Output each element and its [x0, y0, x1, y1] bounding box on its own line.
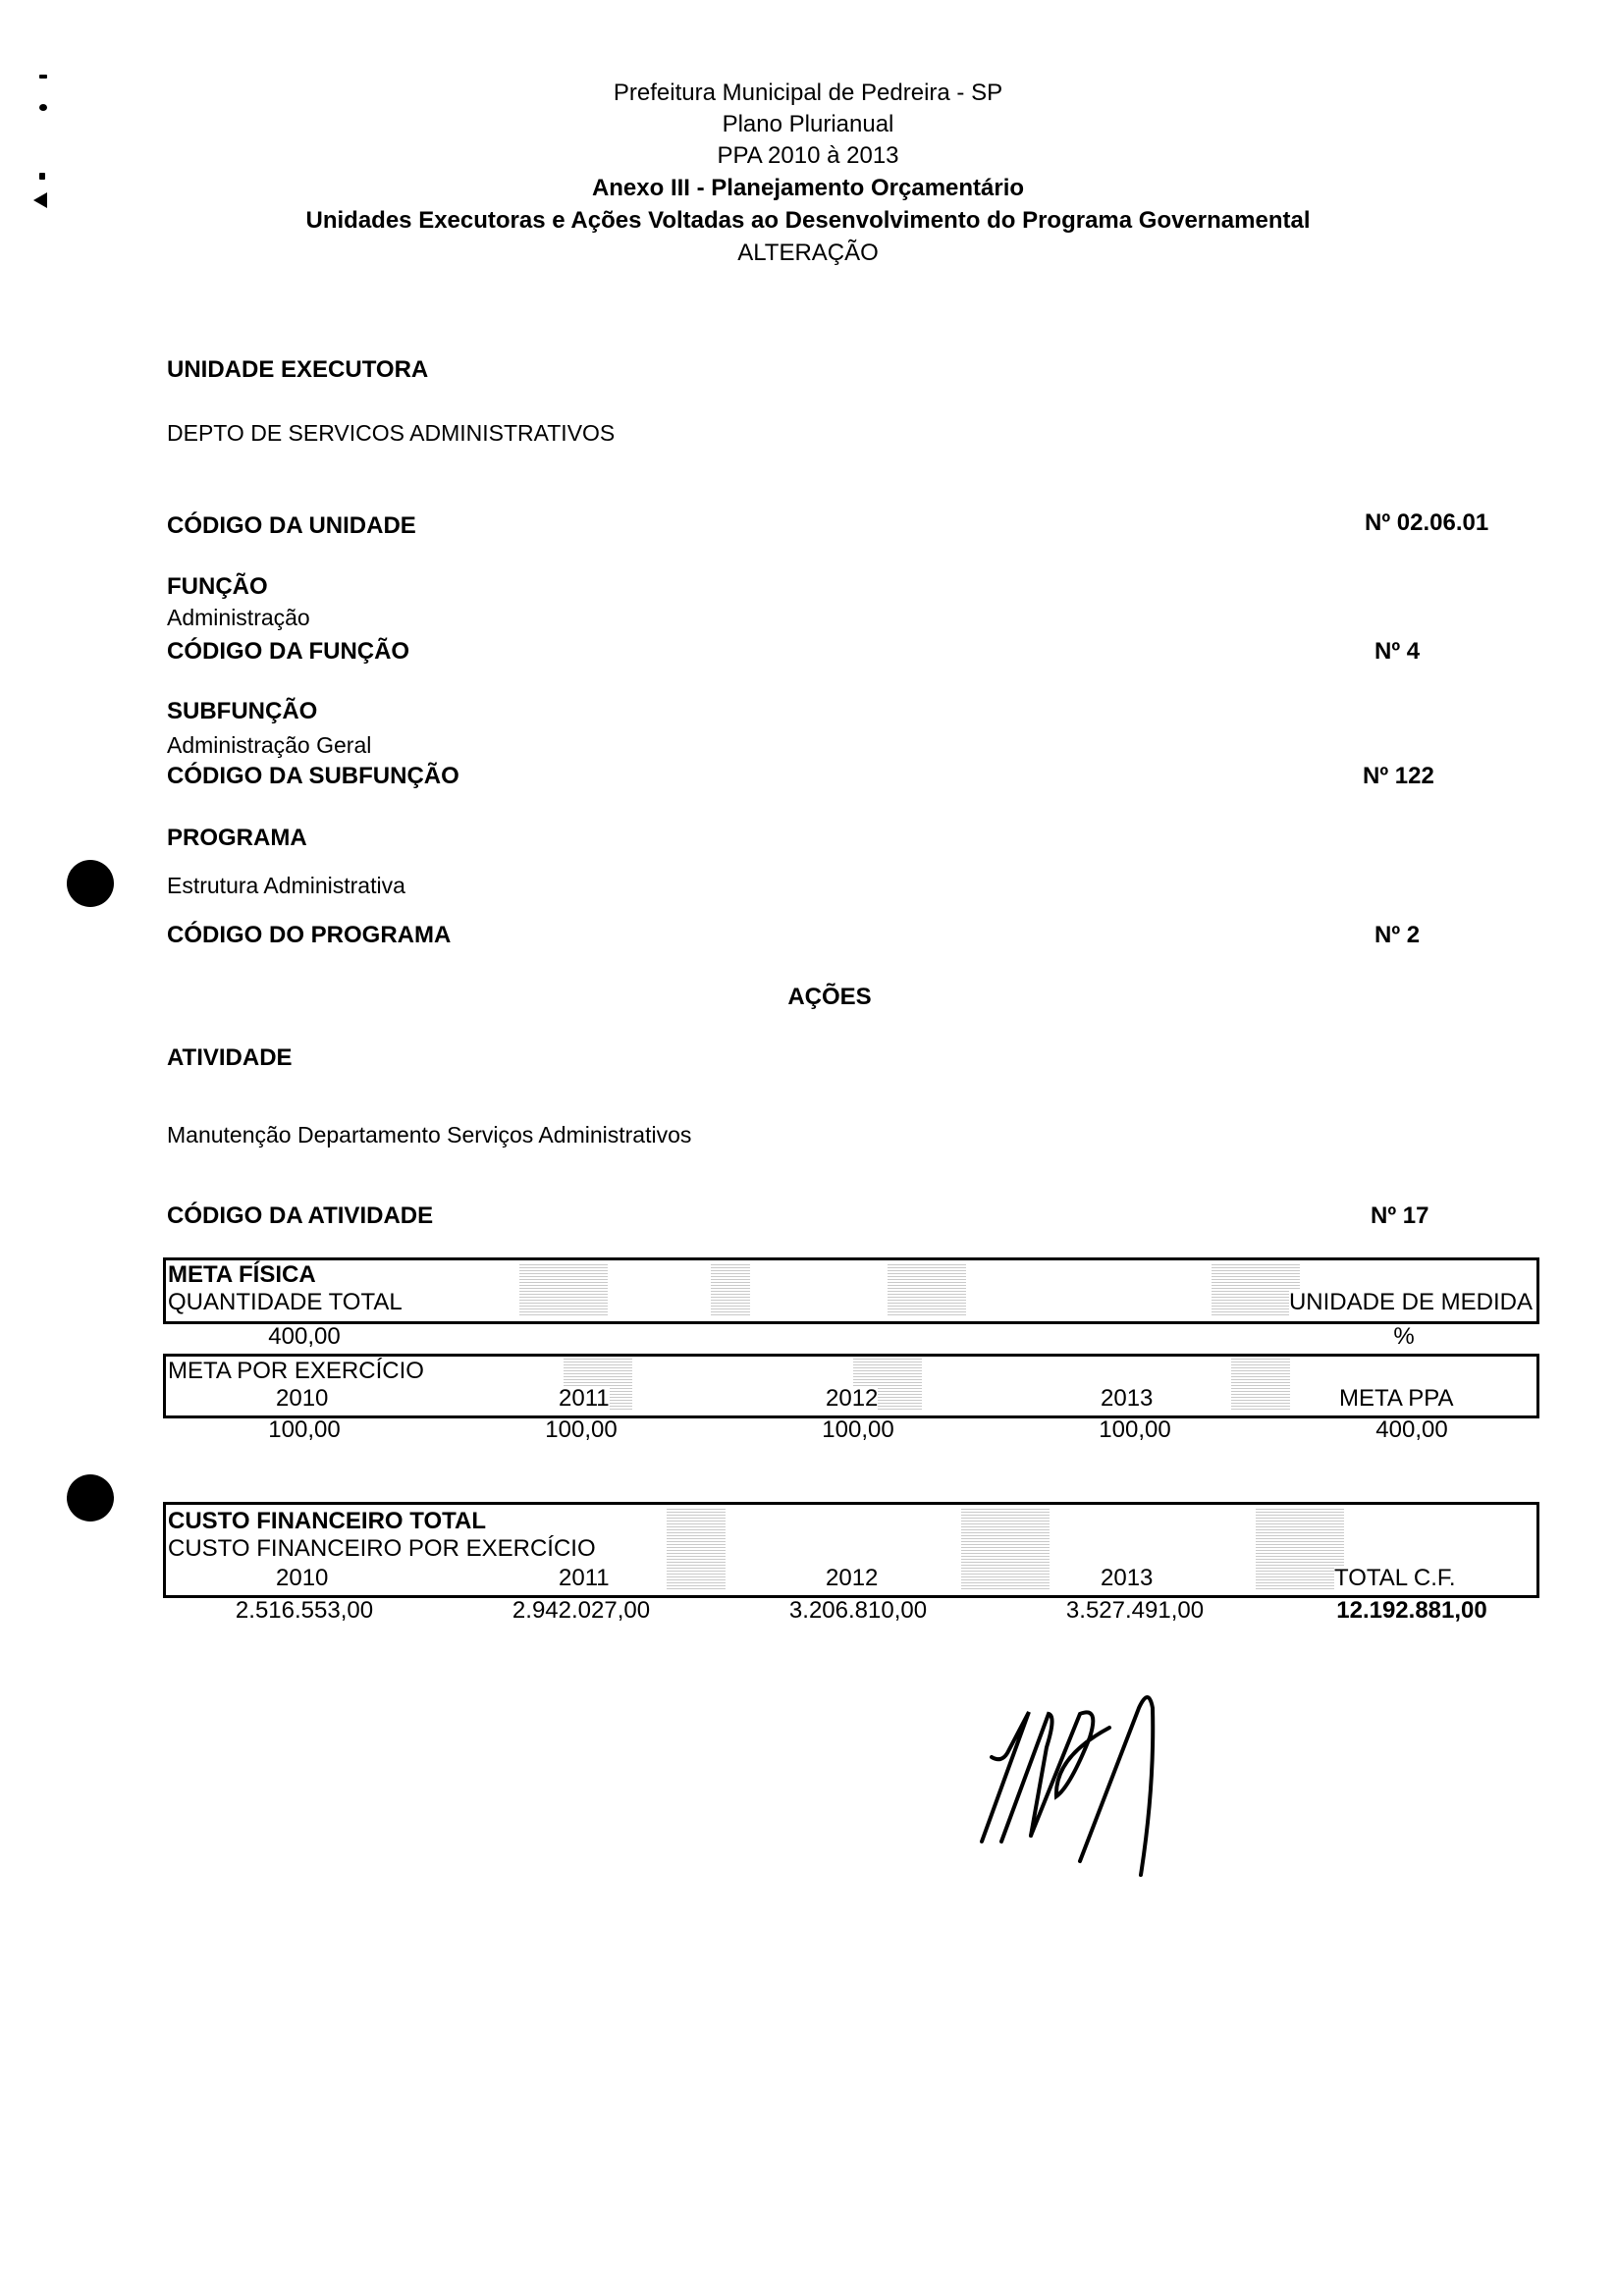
custo-value-2011: 2.942.027,00: [473, 1597, 689, 1625]
custo-financeiro-box: CUSTO FINANCEIRO TOTAL CUSTO FINANCEIRO …: [163, 1502, 1539, 1598]
custo-col-total: TOTAL C.F.: [1334, 1566, 1456, 1591]
unidade-medida-label: UNIDADE DE MEDIDA: [1289, 1290, 1533, 1315]
codigo-funcao-value: Nº 4: [1374, 638, 1420, 666]
meta-col-2011: 2011: [559, 1386, 610, 1412]
header-anexo: Anexo III - Planejamento Orçamentário: [0, 173, 1616, 204]
codigo-atividade-value: Nº 17: [1371, 1202, 1428, 1230]
signature-icon: [972, 1679, 1168, 1895]
codigo-unidade-label: CÓDIGO DA UNIDADE: [167, 512, 416, 540]
meta-exercicio-title: META POR EXERCÍCIO: [168, 1359, 424, 1384]
codigo-programa-value: Nº 2: [1374, 922, 1420, 949]
meta-fisica-title: META FÍSICA: [168, 1262, 316, 1288]
header-ppa: PPA 2010 à 2013: [0, 140, 1616, 172]
unidade-medida-value: %: [1296, 1323, 1512, 1351]
quantidade-total-value: 400,00: [196, 1323, 412, 1351]
scan-shading: [711, 1262, 750, 1315]
custo-value-2013: 3.527.491,00: [1027, 1597, 1243, 1625]
meta-value-ppa: 400,00: [1304, 1416, 1520, 1444]
meta-value-2012: 100,00: [750, 1416, 966, 1444]
custo-value-total: 12.192.881,00: [1304, 1597, 1520, 1625]
punch-hole: [67, 1474, 114, 1522]
programa-label: PROGRAMA: [167, 825, 307, 852]
custo-value-2012: 3.206.810,00: [750, 1597, 966, 1625]
meta-value-2011: 100,00: [473, 1416, 689, 1444]
atividade-label: ATIVIDADE: [167, 1044, 293, 1072]
programa-value: Estrutura Administrativa: [167, 873, 405, 899]
scan-shading: [1231, 1359, 1290, 1410]
codigo-subfuncao-value: Nº 122: [1363, 763, 1434, 790]
custo-col-2012: 2012: [826, 1566, 878, 1591]
scan-shading: [961, 1507, 1050, 1589]
custo-col-2010: 2010: [276, 1566, 328, 1591]
header-prefeitura: Prefeitura Municipal de Pedreira - SP: [0, 78, 1616, 109]
unidade-label: UNIDADE EXECUTORA: [167, 356, 428, 384]
scan-shading: [667, 1507, 726, 1589]
custo-exercicio-subtitle: CUSTO FINANCEIRO POR EXERCÍCIO: [168, 1536, 596, 1562]
codigo-subfuncao-label: CÓDIGO DA SUBFUNÇÃO: [167, 763, 459, 790]
codigo-programa-label: CÓDIGO DO PROGRAMA: [167, 922, 451, 949]
funcao-value: Administração: [167, 605, 310, 631]
custo-value-2010: 2.516.553,00: [196, 1597, 412, 1625]
meta-value-2010: 100,00: [196, 1416, 412, 1444]
meta-col-2012: 2012: [826, 1386, 878, 1412]
scan-shading: [1212, 1262, 1300, 1315]
codigo-atividade-label: CÓDIGO DA ATIVIDADE: [167, 1202, 433, 1230]
subfuncao-value: Administração Geral: [167, 732, 371, 759]
codigo-funcao-label: CÓDIGO DA FUNÇÃO: [167, 638, 409, 666]
meta-fisica-box: META FÍSICA QUANTIDADE TOTAL UNIDADE DE …: [163, 1257, 1539, 1324]
meta-exercicio-box: META POR EXERCÍCIO 2010 2011 2012 2013 M…: [163, 1354, 1539, 1418]
quantidade-total-label: QUANTIDADE TOTAL: [168, 1290, 403, 1315]
punch-hole: [67, 860, 114, 907]
custo-total-title: CUSTO FINANCEIRO TOTAL: [168, 1509, 486, 1534]
header-plano: Plano Plurianual: [0, 109, 1616, 140]
scan-shading: [1256, 1507, 1344, 1589]
acoes-title: AÇÕES: [0, 984, 1616, 1011]
codigo-unidade-value: Nº 02.06.01: [1365, 509, 1488, 537]
funcao-label: FUNÇÃO: [167, 573, 268, 601]
header-unidades: Unidades Executoras e Ações Voltadas ao …: [0, 205, 1616, 237]
unidade-value: DEPTO DE SERVICOS ADMINISTRATIVOS: [167, 420, 615, 447]
meta-value-2013: 100,00: [1027, 1416, 1243, 1444]
custo-col-2011: 2011: [559, 1566, 610, 1591]
subfuncao-label: SUBFUNÇÃO: [167, 698, 317, 725]
custo-col-2013: 2013: [1101, 1566, 1153, 1591]
scan-shading: [888, 1262, 966, 1315]
meta-col-meta-ppa: META PPA: [1339, 1386, 1453, 1412]
meta-col-2013: 2013: [1101, 1386, 1153, 1412]
header-alteracao: ALTERAÇÃO: [0, 238, 1616, 269]
scan-shading: [519, 1262, 608, 1315]
meta-col-2010: 2010: [276, 1386, 328, 1412]
atividade-value: Manutenção Departamento Serviços Adminis…: [167, 1122, 691, 1148]
